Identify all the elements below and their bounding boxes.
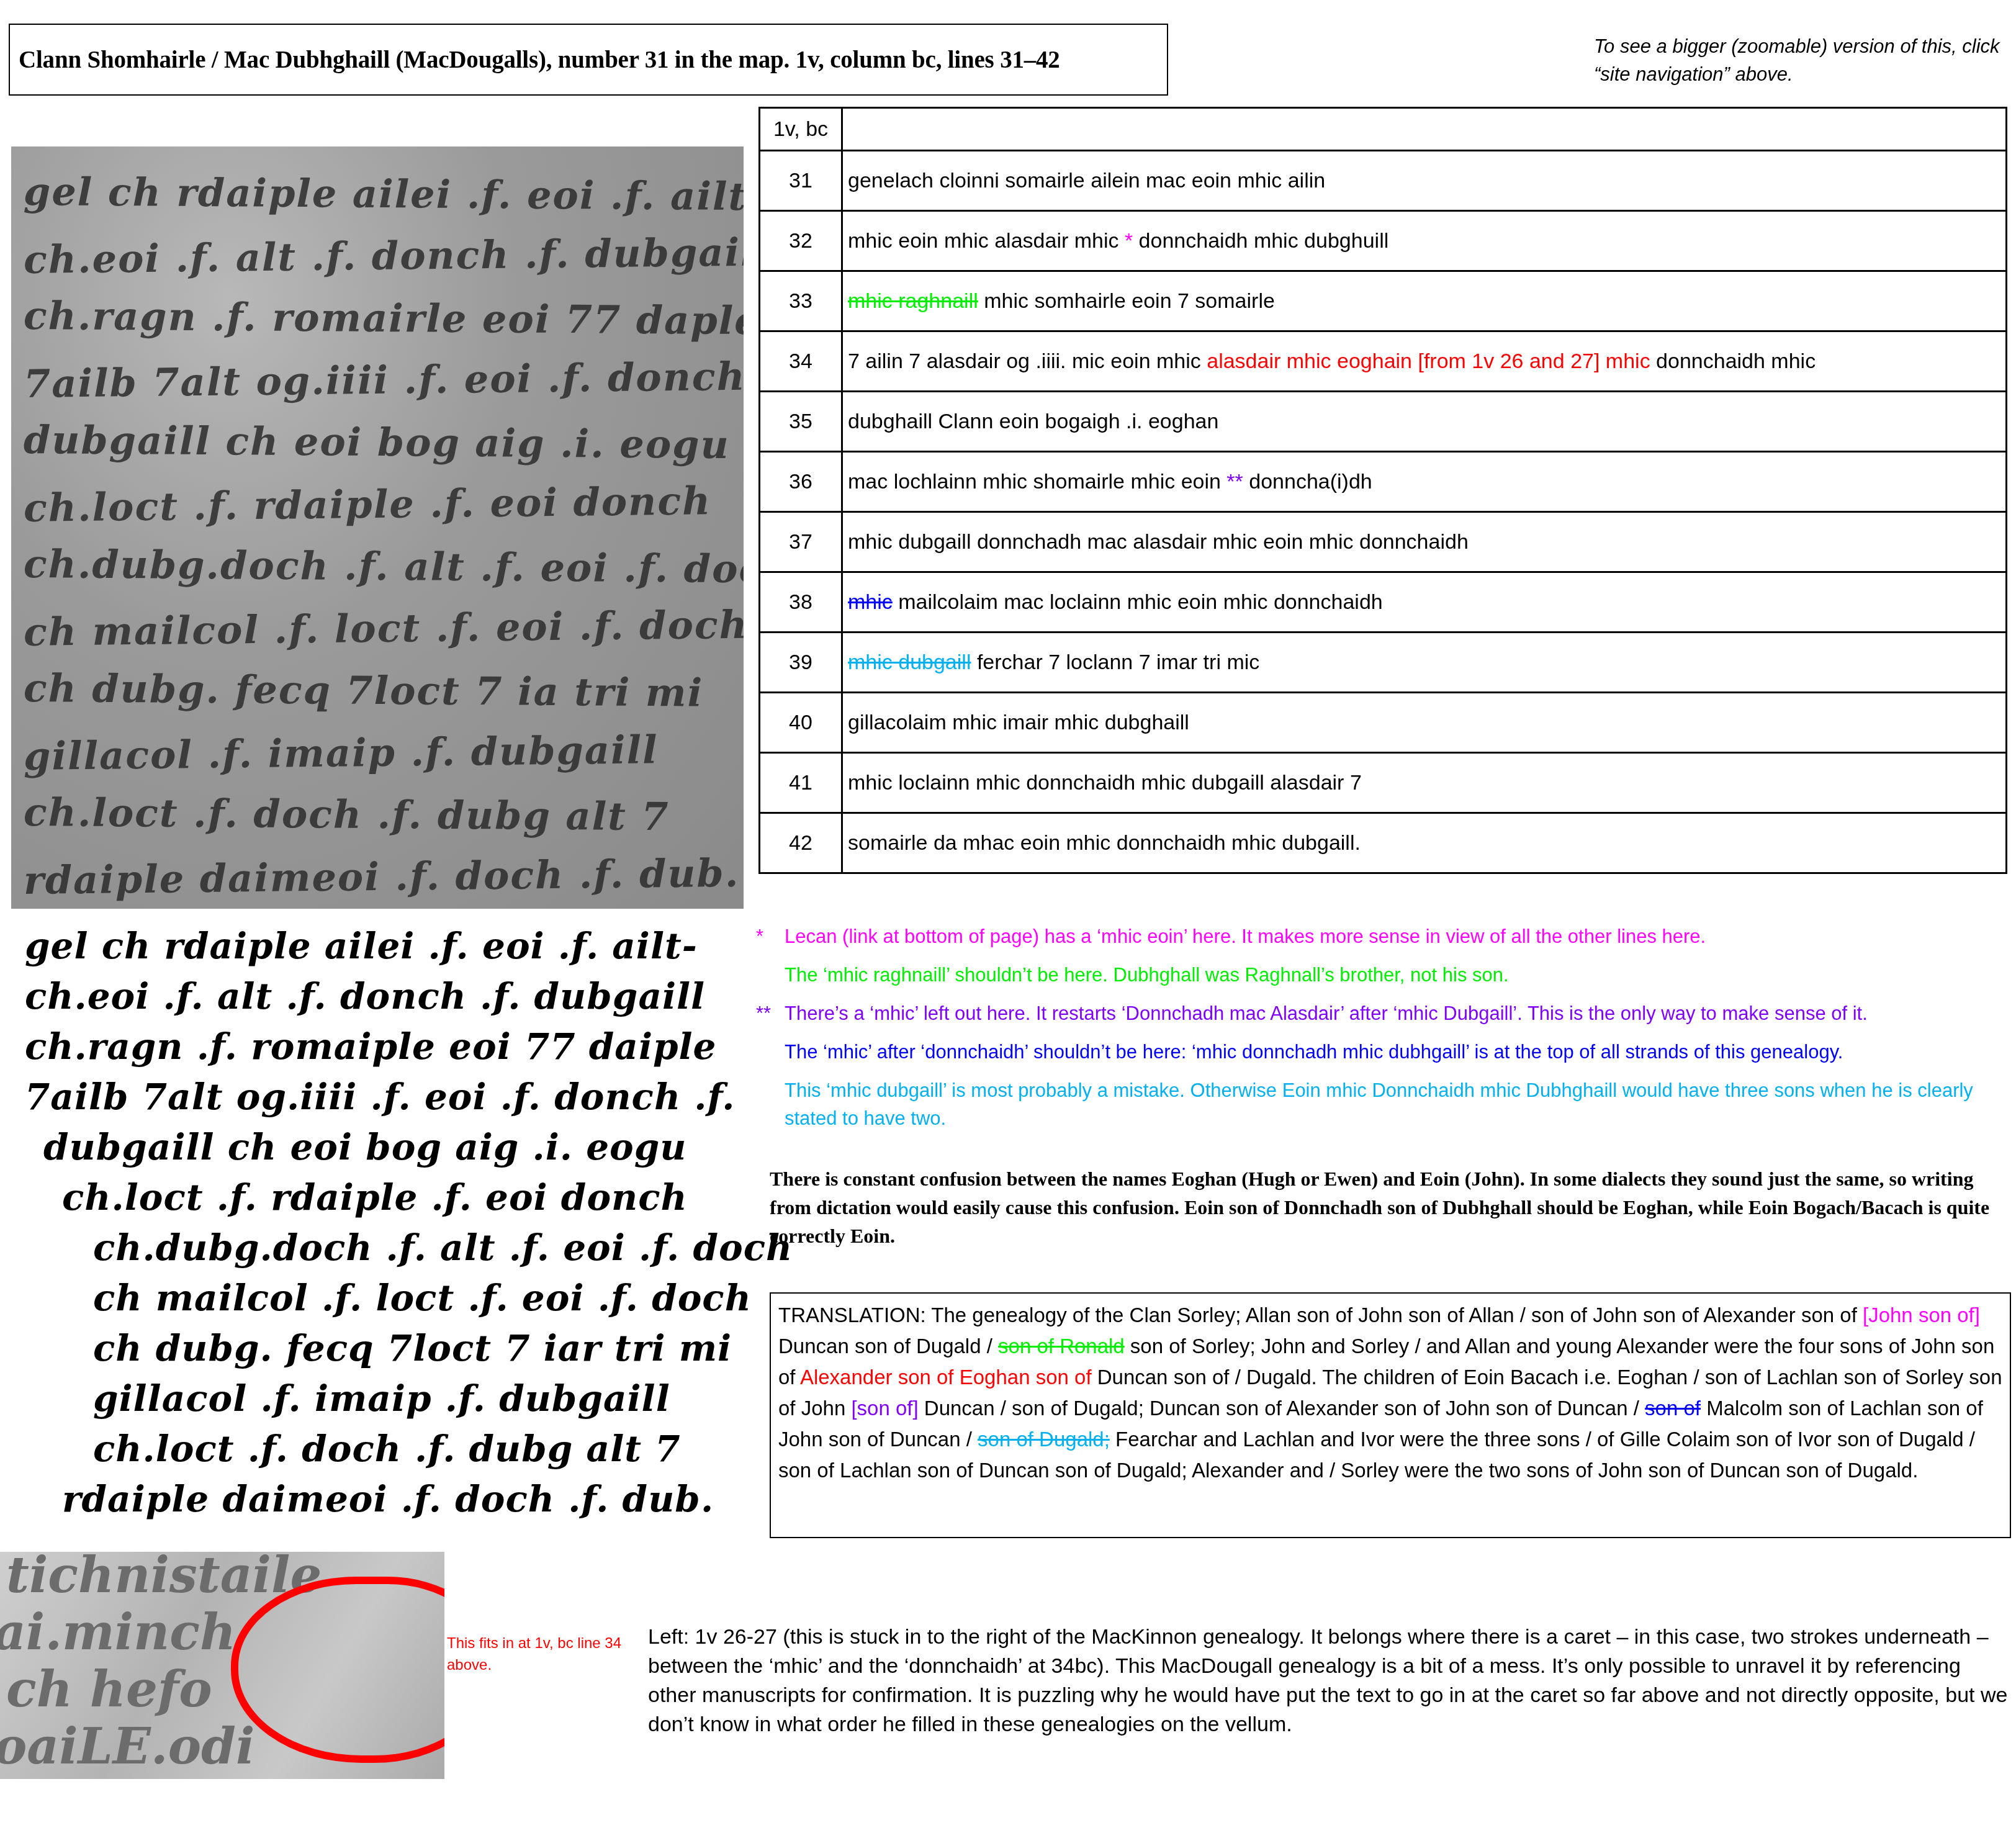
line-text: dubghaill Clann eoin bogaigh .i. eoghan: [842, 392, 2007, 452]
double-asterisk-marker: **: [756, 994, 785, 1033]
manuscript-line: 7ailb 7alt og.iiii .f. eoi .f. donch .f.: [24, 354, 732, 396]
page-title-box: Clann Shomhairle / Mac Dubhghaill (MacDo…: [9, 24, 1168, 96]
script-line: gel ch rdaiple ailei .f. eoi .f. ailt-: [25, 925, 698, 967]
line-text: mhic dubgaill donnchadh mac alasdair mhi…: [842, 512, 2007, 572]
script-line: gillacol .f. imaip .f. dubgaill: [93, 1377, 670, 1420]
text-run: donnchaidh mhic dubghuill: [1133, 229, 1388, 253]
manuscript-line: gel ch rdaiple ailei .f. eoi .f. ailt: [24, 169, 731, 209]
line-number: 40: [760, 693, 842, 753]
table-header-folio: 1v, bc: [760, 108, 842, 151]
line-text: genelach cloinni somairle ailein mac eoi…: [842, 151, 2007, 211]
table-row: 31genelach cloinni somairle ailein mac e…: [760, 151, 2007, 211]
struck-text: son of: [1645, 1397, 1701, 1420]
line-number: 33: [760, 271, 842, 331]
struck-text: mhic raghnaill: [848, 289, 978, 313]
line-text: mhic loclainn mhic donnchaidh mhic dubga…: [842, 753, 2007, 813]
struck-text: mhic: [848, 590, 893, 614]
text-run: mailcolaim mac loclainn mhic eoin mhic d…: [893, 590, 1383, 614]
table-header-row: 1v, bc: [760, 108, 2007, 151]
red-circle-highlight: [231, 1577, 444, 1763]
highlighted-text: [John son of]: [1863, 1304, 1980, 1326]
footnote-5: This ‘mhic dubgaill’ is most probably a …: [756, 1076, 2010, 1132]
footnotes: *Lecan (link at bottom of page) has a ‘m…: [756, 917, 2010, 1132]
struck-text: mhic dubgaill: [848, 651, 971, 674]
manuscript-line: ch mailcol .f. loct .f. eoi .f. doch: [24, 602, 732, 644]
script-line: ch.dubg.doch .f. alt .f. eoi .f. doch: [93, 1227, 793, 1269]
table-row: 36mac lochlainn mhic shomairle mhic eoin…: [760, 452, 2007, 512]
manuscript-line: ch.loct .f. doch .f. dubg alt 7: [24, 790, 731, 829]
line-number: 41: [760, 753, 842, 813]
table-row: 35dubghaill Clann eoin bogaigh .i. eogha…: [760, 392, 2007, 452]
zoom-hint-note: To see a bigger (zoomable) version of th…: [1594, 32, 2010, 88]
text-run: donncha(i)dh: [1243, 470, 1372, 493]
line-text: somairle da mhac eoin mhic donnchaidh mh…: [842, 813, 2007, 873]
struck-text: son of Ronald: [998, 1335, 1125, 1358]
table-row: 42somairle da mhac eoin mhic donnchaidh …: [760, 813, 2007, 873]
table-header-blank: [842, 108, 2007, 151]
script-line: ch.loct .f. doch .f. dubg alt 7: [93, 1428, 681, 1470]
line-number: 39: [760, 633, 842, 693]
footnote-3: **There’s a ‘mhic’ left out here. It res…: [756, 994, 2010, 1033]
line-text: mac lochlainn mhic shomairle mhic eoin *…: [842, 452, 2007, 512]
manuscript-line: ch.eoi .f. alt .f. donch .f. dubgaill: [24, 230, 732, 272]
table-row: 37mhic dubgaill donnchadh mac alasdair m…: [760, 512, 2007, 572]
line-text: mhic eoin mhic alasdair mhic * donnchaid…: [842, 211, 2007, 271]
highlighted-text: Alexander son of Eoghan son of: [800, 1366, 1092, 1389]
text-run: Duncan / son of Dugald; Duncan son of Al…: [919, 1397, 1645, 1420]
script-line: ch dubg. fecq 7loct 7 iar tri mi: [93, 1327, 732, 1369]
highlighted-text: alasdair mhic eoghain [from 1v 26 and 27…: [1207, 349, 1650, 373]
text-run: mhic somhairle eoin 7 somairle: [978, 289, 1275, 313]
manuscript-line: dubgaill ch eoi bog aig .i. eogu: [24, 417, 731, 457]
manuscript-script-transcription: gel ch rdaiple ailei .f. eoi .f. ailt-ch…: [25, 925, 621, 1539]
inset-caption: This fits in at 1v, bc line 34 above.: [447, 1633, 627, 1676]
script-line: 7ailb 7alt og.iiii .f. eoi .f. donch .f.: [25, 1076, 736, 1118]
script-line: ch mailcol .f. loct .f. eoi .f. doch: [93, 1277, 752, 1319]
highlighted-text: *: [1125, 229, 1133, 253]
text-run: mhic loclainn mhic donnchaidh mhic dubga…: [848, 771, 1362, 795]
table-row: 33mhic raghnaill mhic somhairle eoin 7 s…: [760, 271, 2007, 331]
inset-script-fragment: ai.minch: [0, 1603, 236, 1661]
script-line: rdaiple daimeoi .f. doch .f. dub.: [62, 1478, 714, 1520]
line-text: mhic mailcolaim mac loclainn mhic eoin m…: [842, 572, 2007, 633]
line-text: mhic dubgaill ferchar 7 loclann 7 imar t…: [842, 633, 2007, 693]
table-row: 38mhic mailcolaim mac loclainn mhic eoin…: [760, 572, 2007, 633]
struck-text: son of Dugald;: [978, 1428, 1110, 1451]
table-row: 347 ailin 7 alasdair og .iiii. mic eoin …: [760, 331, 2007, 392]
inset-script-fragment: ch hefo: [6, 1660, 212, 1718]
inset-script-fragment: tichnistaile: [6, 1552, 322, 1604]
text-run: somairle da mhac eoin mhic donnchaidh mh…: [848, 831, 1361, 855]
text-run: ferchar 7 loclann 7 imar tri mic: [971, 651, 1259, 674]
line-text: gillacolaim mhic imair mhic dubghaill: [842, 693, 2007, 753]
line-number: 37: [760, 512, 842, 572]
line-number: 42: [760, 813, 842, 873]
line-number: 38: [760, 572, 842, 633]
text-run: mac lochlainn mhic shomairle mhic eoin: [848, 470, 1226, 493]
transcription-table: 1v, bc 31genelach cloinni somairle ailei…: [758, 107, 2007, 874]
table-row: 40gillacolaim mhic imair mhic dubghaill: [760, 693, 2007, 753]
text-run: dubghaill Clann eoin bogaigh .i. eoghan: [848, 410, 1218, 433]
inset-script-fragment: oaiLE.odi: [0, 1717, 254, 1775]
text-run: genelach cloinni somairle ailein mac eoi…: [848, 169, 1325, 192]
line-text: 7 ailin 7 alasdair og .iiii. mic eoin mh…: [842, 331, 2007, 392]
table-row: 32mhic eoin mhic alasdair mhic * donncha…: [760, 211, 2007, 271]
text-run: mhic dubgaill donnchadh mac alasdair mhi…: [848, 530, 1469, 554]
script-line: ch.loct .f. rdaiple .f. eoi donch: [62, 1176, 688, 1218]
line-number: 31: [760, 151, 842, 211]
footnote-1: *Lecan (link at bottom of page) has a ‘m…: [756, 917, 2010, 956]
line-number: 35: [760, 392, 842, 452]
text-run: gillacolaim mhic imair mhic dubghaill: [848, 711, 1189, 734]
line-number: 36: [760, 452, 842, 512]
manuscript-line: rdaiple daimeoi .f. doch .f. dub.: [24, 850, 732, 893]
translation-box: TRANSLATION: The genealogy of the Clan S…: [770, 1292, 2011, 1538]
script-line: ch.eoi .f. alt .f. donch .f. dubgaill: [25, 975, 705, 1017]
highlighted-text: **: [1226, 470, 1243, 493]
manuscript-line: ch.dubg.doch .f. alt .f. eoi .f. doch: [24, 541, 731, 581]
manuscript-line: gillacol .f. imaip .f. dubgaill: [24, 726, 732, 768]
script-line: ch.ragn .f. romaiple eoi 77 daiple: [25, 1025, 716, 1068]
highlighted-text: [son of]: [851, 1397, 918, 1420]
text-run: Duncan son of Dugald /: [778, 1335, 998, 1358]
script-line: dubgaill ch eoi bog aig .i. eogu: [43, 1126, 686, 1168]
footnote-4: The ‘mhic’ after ‘donnchaidh’ shouldn’t …: [756, 1033, 2010, 1071]
table-row: 39mhic dubgaill ferchar 7 loclann 7 imar…: [760, 633, 2007, 693]
line-text: mhic raghnaill mhic somhairle eoin 7 som…: [842, 271, 2007, 331]
manuscript-line: ch dubg. fecq 7loct 7 ia tri mi: [24, 665, 731, 705]
name-confusion-note: There is constant confusion between the …: [770, 1164, 2011, 1250]
text-run: mhic eoin mhic alasdair mhic: [848, 229, 1125, 253]
footnote-2: The ‘mhic raghnaill’ shouldn’t be here. …: [756, 956, 2010, 994]
table-row: 41mhic loclainn mhic donnchaidh mhic dub…: [760, 753, 2007, 813]
line-number: 32: [760, 211, 842, 271]
text-run: donnchaidh mhic: [1650, 349, 1816, 373]
manuscript-photo: gel ch rdaiple ailei .f. eoi .f. ailtch.…: [11, 146, 744, 909]
asterisk-marker: *: [756, 917, 785, 956]
line-number: 34: [760, 331, 842, 392]
text-run: 7 ailin 7 alasdair og .iiii. mic eoin mh…: [848, 349, 1207, 373]
page-title: Clann Shomhairle / Mac Dubhghaill (MacDo…: [19, 46, 1060, 74]
inset-manuscript-crop: oaiLE.odich hefoai.minchtichnistaile: [0, 1552, 444, 1779]
text-run: TRANSLATION: The genealogy of the Clan S…: [778, 1304, 1863, 1326]
manuscript-line: ch.ragn .f. romairle eoi 77 daple: [24, 293, 731, 333]
inset-explanation: Left: 1v 26-27 (this is stuck in to the …: [648, 1623, 2014, 1739]
manuscript-line: ch.loct .f. rdaiple .f. eoi donch: [24, 478, 732, 520]
